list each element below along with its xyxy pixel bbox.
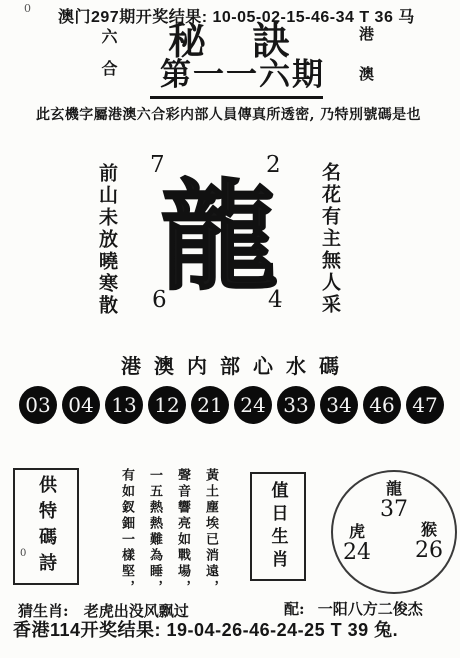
hot-number-ball: 03 xyxy=(19,386,57,424)
zodiac-animal: 猴 xyxy=(415,522,443,539)
zodiac-circle: 龍 37 虎 24 猴 26 xyxy=(331,470,457,594)
duty-zodiac-box: 值日生肖 xyxy=(250,472,306,581)
zodiac-entry-right: 猴 26 xyxy=(415,522,443,562)
page-title: 秘訣 xyxy=(168,22,336,60)
right-verse: 名花有主無人采 xyxy=(317,162,344,322)
masthead-liuhe: 六合 xyxy=(97,28,120,92)
hot-number-ball: 33 xyxy=(277,386,315,424)
hot-number-ball: 04 xyxy=(62,386,100,424)
poem-box-mark: 0 xyxy=(20,548,26,559)
zodiac-number: 37 xyxy=(333,498,455,521)
main-charm-character: 龍 xyxy=(160,178,278,296)
zodiac-number: 24 xyxy=(343,541,371,564)
special-code-poem-box: 供特碼詩 0 xyxy=(13,468,79,585)
hot-numbers-heading: 港澳内部心水碼 xyxy=(0,350,460,379)
zodiac-animal: 龍 xyxy=(333,481,455,498)
poem-line: 聲音響亮如戰場， xyxy=(168,468,196,600)
zodiac-animal: 虎 xyxy=(343,524,371,541)
hot-number-ball: 21 xyxy=(191,386,229,424)
lottery-tip-sheet: 0 澳门297期开奖结果: 10-05-02-15-46-34 T 36 马 六… xyxy=(0,0,460,658)
zodiac-entry-left: 虎 24 xyxy=(343,524,371,564)
duty-zodiac-label: 值日生肖 xyxy=(266,481,291,573)
masthead-gangao: 港澳 xyxy=(356,26,377,106)
hot-number-ball: 47 xyxy=(406,386,444,424)
hot-number-ball: 13 xyxy=(105,386,143,424)
hot-number-ball: 46 xyxy=(363,386,401,424)
hot-numbers-row: 03 04 13 12 21 24 33 34 46 47 xyxy=(19,386,444,424)
page-corner-mark: 0 xyxy=(24,2,31,15)
poem-line: 黃土塵埃已消遠， xyxy=(196,468,224,600)
hot-number-ball: 34 xyxy=(320,386,358,424)
special-code-poem-label: 供特碼詩 xyxy=(33,475,59,579)
left-verse: 前山未放曉寒散 xyxy=(94,163,121,323)
special-code-poem: 黃土塵埃已消遠， 聲音響亮如戰場， 一五熱熱難為睡， 有如釵鈿一樣堅， xyxy=(110,468,224,600)
poem-line: 一五熱熱難為睡， xyxy=(140,468,168,600)
hot-number-ball: 24 xyxy=(234,386,272,424)
issue-underline xyxy=(150,96,323,99)
subtitle-note: 此玄機字屬港澳六合彩内部人員傳真所透密, 乃特別號碼是也 xyxy=(36,104,421,124)
poem-line: 有如釵鈿一樣堅， xyxy=(112,468,140,600)
zodiac-number: 26 xyxy=(415,539,443,562)
hot-number-ball: 12 xyxy=(148,386,186,424)
issue-number-title: 第一一六期 xyxy=(160,60,325,91)
hongkong-result-line: 香港114开奖结果: 19-04-26-46-24-25 T 39 兔. xyxy=(13,616,398,642)
zodiac-entry-top: 龍 37 xyxy=(333,481,455,521)
